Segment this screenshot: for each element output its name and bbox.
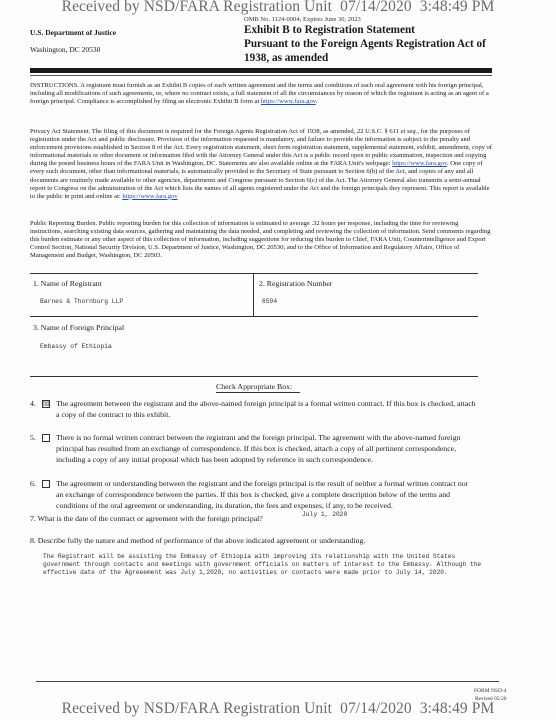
thin-divider xyxy=(30,75,492,76)
fara-link[interactable]: https://www.fara.gov xyxy=(392,160,447,167)
privacy-paragraph: Privacy Act Statement. The filing of thi… xyxy=(30,128,492,201)
question-contract-date: 7. What is the date of the contract or a… xyxy=(30,514,263,523)
title-line-1: Exhibit B to Registration Statement xyxy=(244,23,544,37)
checkbox-checked[interactable]: ☒ xyxy=(42,400,50,408)
privacy-text-1: Privacy Act Statement. The filing of thi… xyxy=(30,128,401,135)
option-text: There is no formal written contract betw… xyxy=(56,432,476,465)
received-stamp-top: Received by NSD/FARA Registration Unit07… xyxy=(0,0,556,16)
item-number: 4. xyxy=(30,398,36,409)
item-number: 5. xyxy=(30,432,36,443)
foreign-principal-value[interactable]: Embassy of Ethiopia xyxy=(40,343,112,350)
stamp-time: 3:48:49 PM xyxy=(420,0,495,15)
instructions-end: . xyxy=(316,98,318,105)
heavy-divider xyxy=(30,68,492,73)
check-section-rule xyxy=(30,376,478,377)
form-number: FORM NSD-4 xyxy=(474,688,507,696)
question-label: 7. What is the date of the contract or a… xyxy=(30,514,263,523)
omb-number: OMB No. 1124-0004; Expires June 30, 2023 xyxy=(244,16,361,23)
check-section-title: Check Appropriate Box: xyxy=(216,382,300,393)
footer-rule xyxy=(36,681,499,682)
agency-name: U.S. Department of Justice xyxy=(30,28,116,37)
stamp-time: 3:48:49 PM xyxy=(420,700,495,717)
option-text: The agreement or understanding between t… xyxy=(56,478,476,511)
stamp-date: 07/14/2020 xyxy=(340,700,412,717)
checkbox-unchecked[interactable] xyxy=(42,480,50,488)
checkbox-unchecked[interactable] xyxy=(42,434,50,442)
stamp-text: Received by NSD/FARA Registration Unit xyxy=(62,0,332,15)
privacy-italic: et seq. xyxy=(401,128,418,135)
item-number: 6. xyxy=(30,478,36,489)
foreign-principal-label: 3. Name of Foreign Principal xyxy=(33,323,124,332)
document-title: Exhibit B to Registration Statement Purs… xyxy=(244,23,544,65)
question-nature-of-agreement: 8. Describe fully the nature and method … xyxy=(30,536,365,545)
instructions-text: INSTRUCTIONS. A registrant must furnish … xyxy=(30,82,489,105)
registrant-label: 1. Name of Registrant xyxy=(33,279,102,288)
title-line-3: 1938, as amended xyxy=(244,51,544,65)
agency-city: Washington, DC 20530 xyxy=(30,45,100,54)
table-rule xyxy=(30,273,478,274)
fara-link[interactable]: https://www.fara.gov xyxy=(261,98,316,105)
option-text: The agreement between the registrant and… xyxy=(56,398,476,420)
burden-paragraph: Public Reporting Burden. Public reportin… xyxy=(30,220,492,260)
received-stamp-bottom: Received by NSD/FARA Registration Unit07… xyxy=(0,700,556,718)
contract-date-value[interactable]: July 1, 2020 xyxy=(302,511,347,518)
stamp-date: 07/14/2020 xyxy=(340,0,412,15)
fara-link[interactable]: https://www.fara.gov xyxy=(122,193,177,200)
title-line-2: Pursuant to the Foreign Agents Registrat… xyxy=(244,37,544,51)
stamp-text: Received by NSD/FARA Registration Unit xyxy=(62,700,332,717)
table-rule xyxy=(30,316,478,317)
registration-number-value[interactable]: 6594 xyxy=(262,298,277,305)
column-divider xyxy=(253,273,254,316)
agreement-description[interactable]: The Registrant will be assisting the Emb… xyxy=(43,553,483,577)
registrant-value[interactable]: Barnes & Thornburg LLP xyxy=(40,298,123,305)
registration-number-label: 2. Registration Number xyxy=(259,279,332,288)
instructions-paragraph: INSTRUCTIONS. A registrant must furnish … xyxy=(30,82,492,106)
